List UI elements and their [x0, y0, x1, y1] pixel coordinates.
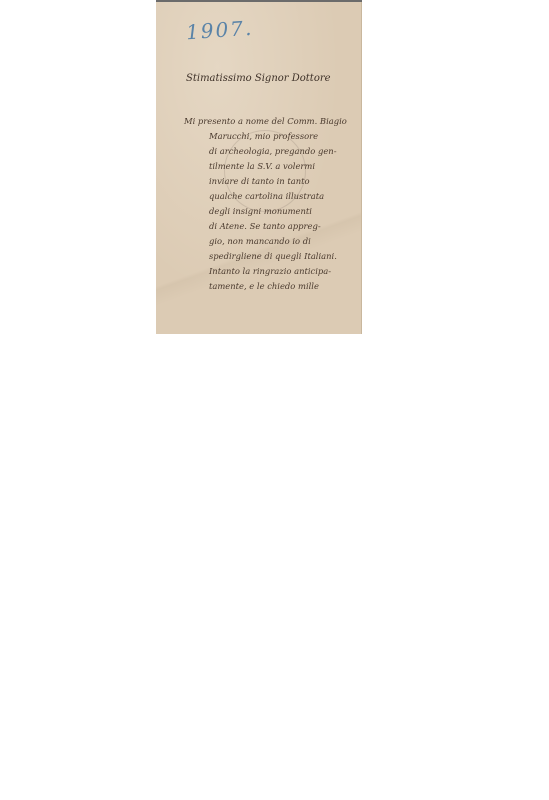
body-line: di Atene. Se tanto appreg-	[184, 219, 359, 234]
body-line: Mi presento a nome del Comm. Biagio	[184, 114, 359, 129]
body-line: spedirgliene di quegli Italiani.	[184, 249, 359, 264]
body-line: Intanto la ringrazio anticipa-	[184, 264, 359, 279]
body-line: degli insigni monumenti	[184, 204, 359, 219]
body-line: tilmente la S.V. a volermi	[184, 159, 359, 174]
year-annotation: 1907.	[185, 16, 254, 45]
salutation: Stimatissimo Signor Dottore	[186, 73, 331, 84]
body-line: di archeologia, pregando gen-	[184, 144, 359, 159]
body-line: qualche cartolina illustrata	[184, 189, 359, 204]
body-line: Marucchi, mio professore	[184, 129, 359, 144]
letter-body: Mi presento a nome del Comm. Biagio Maru…	[184, 114, 359, 294]
body-line: tamente, e le chiedo mille	[184, 279, 359, 294]
body-line: inviare di tanto in tanto	[184, 174, 359, 189]
letter-page: 1907. Stimatissimo Signor Dottore Mi pre…	[156, 0, 362, 334]
body-line: gio, non mancando io di	[184, 234, 359, 249]
